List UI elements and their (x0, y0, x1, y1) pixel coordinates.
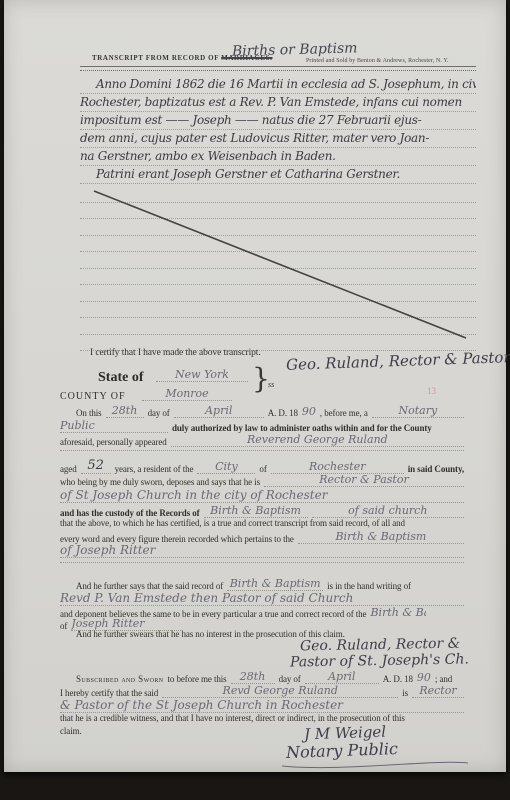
notary-title-entry: Rector (412, 684, 464, 698)
title-entry: Rector & Pastor (264, 473, 464, 487)
latin-record-line: Rochester, baptizatus est a Rev. P. Van … (80, 94, 476, 112)
printed-text: that he is a credible witness, and that … (60, 713, 405, 723)
notary-line-title2: & Pastor of the St Joseph Church in Roch… (60, 698, 464, 713)
jurat-line-name: of Joseph Ritter (60, 543, 464, 558)
brace-mark: } (252, 362, 270, 395)
jurat-line-pertains: every word and every figure therein reco… (60, 530, 464, 544)
county-value: Monroe (142, 387, 232, 401)
latin-record-line: dem anni, cujus pater est Ludovicus Ritt… (80, 130, 476, 148)
printed-text: A. D. 18 (383, 674, 413, 684)
writer-entry: Revd P. Van Emstede then Pastor of said … (60, 591, 464, 606)
notary-line-claim: claim. (60, 726, 464, 736)
printed-text: aforesaid, personally appeared (60, 437, 167, 447)
latin-record-line: Anno Domini 1862 die 16 Martii in eccles… (80, 76, 476, 94)
jurat-line-writer: Revd P. Van Emstede then Pastor of said … (60, 591, 464, 606)
state-value: New York (156, 368, 248, 382)
ruled-line (60, 450, 464, 451)
latin-record-line: na Gerstner, ambo ex Weisenbach in Baden… (80, 148, 476, 166)
year-entry: 90 (302, 405, 316, 418)
transcript-signature: Geo. Ruland, Rector & Pastor (286, 348, 510, 374)
certify-statement: I certify that I have made the above tra… (90, 348, 261, 358)
notary-day-entry: 28th (231, 670, 275, 684)
form-title: TRANSCRIPT FROM RECORD OF (92, 54, 219, 62)
appeared-name-entry: Reverend George Ruland (171, 433, 464, 447)
printed-text: claim. (60, 726, 82, 736)
jurat-line-transcript: that the above, to which he has certifie… (60, 518, 464, 528)
printed-text: A. D. 18 (268, 408, 298, 418)
printed-text: who being by me duly sworn, deposes and … (60, 477, 260, 487)
officer-entry-2: Public (60, 419, 168, 433)
state-label: State of (98, 370, 144, 386)
residence-city-entry: Rochester (271, 460, 404, 474)
scan-background: TRANSCRIPT FROM RECORD OF MARRIAGES. Bir… (0, 0, 510, 800)
signature-flourish (274, 758, 474, 772)
county-label: COUNTY OF (60, 391, 126, 402)
pertains-entry: Birth & Baptism (298, 530, 464, 544)
printed-text: is in the hand writing of (327, 581, 411, 591)
blank-ruled-section (80, 186, 476, 342)
printed-text: , before me, a (320, 408, 368, 418)
printed-text: ; and (435, 674, 452, 684)
jurat-line-authorized: Public duly authorized by law to adminis… (60, 419, 464, 433)
month-entry: April (174, 404, 264, 418)
ss-mark: ss (268, 380, 274, 389)
latin-record-line: Patrini erant Joseph Gerstner et Cathari… (80, 166, 476, 184)
jurat-line-aged: aged 52 years, a resident of the City of… (60, 458, 464, 474)
printed-text: I hereby certify that the said (60, 688, 158, 698)
jurat-line-date: On this 28th day of April A. D. 18 90 , … (60, 404, 464, 418)
records-entry-2: of said church (312, 504, 464, 518)
printed-text: and has the custody of the Records of (60, 508, 200, 518)
document-page: TRANSCRIPT FROM RECORD OF MARRIAGES. Bir… (4, 0, 506, 772)
jurat-line-church: of St Joseph Church in the city of Roche… (60, 488, 464, 503)
deponent-signature-line2: Pastor of St. Joseph's Ch. (290, 651, 469, 670)
printed-text: And he further says that the said record… (60, 581, 223, 591)
notary-line-certify: I hereby certify that the said Revd Geor… (60, 684, 464, 698)
title-entry-2: of St Joseph Church in the city of Roche… (60, 488, 464, 503)
day-entry: 28th (106, 404, 144, 418)
officer-entry: Notary (372, 404, 464, 418)
header-rule (80, 66, 476, 71)
printed-text: day of (148, 408, 170, 418)
printed-text: On this (60, 408, 102, 418)
jurat-line-custody: and has the custody of the Records of Bi… (60, 504, 464, 518)
notary-title-entry-2: & Pastor of the St Joseph Church in Roch… (60, 698, 464, 713)
printed-text: is (402, 688, 408, 698)
printed-text: day of (279, 674, 301, 684)
certified-name-entry: Revd George Ruland (162, 684, 398, 698)
page-number-stamp: 13 (427, 386, 436, 396)
printer-credit: Printed and Sold by Benton & Andrews, Ro… (306, 58, 449, 64)
handwritten-title: Births or Baptism (232, 40, 358, 59)
diagonal-strike-line (80, 186, 476, 342)
latin-record-line: impositum est —— Joseph —— natus die 27 … (80, 112, 476, 130)
pertains-name-entry: of Joseph Ritter (60, 543, 464, 558)
jurat-line-further-says: And he further says that the said record… (60, 577, 464, 591)
printed-text: duly authorized by law to administer oat… (172, 423, 432, 433)
jurat-line-appeared: aforesaid, personally appeared Reverend … (60, 433, 464, 447)
notary-year-entry: 90 (417, 671, 431, 684)
age-entry: 52 (81, 458, 111, 474)
ruled-line (60, 562, 464, 563)
printed-text: Subscribed and Sworn (60, 674, 164, 684)
printed-text: that the above, to which he has certifie… (60, 518, 405, 528)
jurat-line-sworn: who being by me duly sworn, deposes and … (60, 473, 464, 487)
residence-type-entry: City (197, 460, 255, 474)
notary-line-credible: that he is a credible witness, and that … (60, 713, 464, 723)
latin-record: Anno Domini 1862 die 16 Martii in eccles… (80, 76, 476, 184)
record-entry: Birth & Baptism (227, 577, 323, 591)
records-entry: Birth & Baptism (204, 504, 308, 518)
notary-month-entry: April (305, 670, 379, 684)
printed-text: to before me this (168, 674, 227, 684)
notary-line-subscribed: Subscribed and Sworn to before me this 2… (60, 670, 464, 684)
